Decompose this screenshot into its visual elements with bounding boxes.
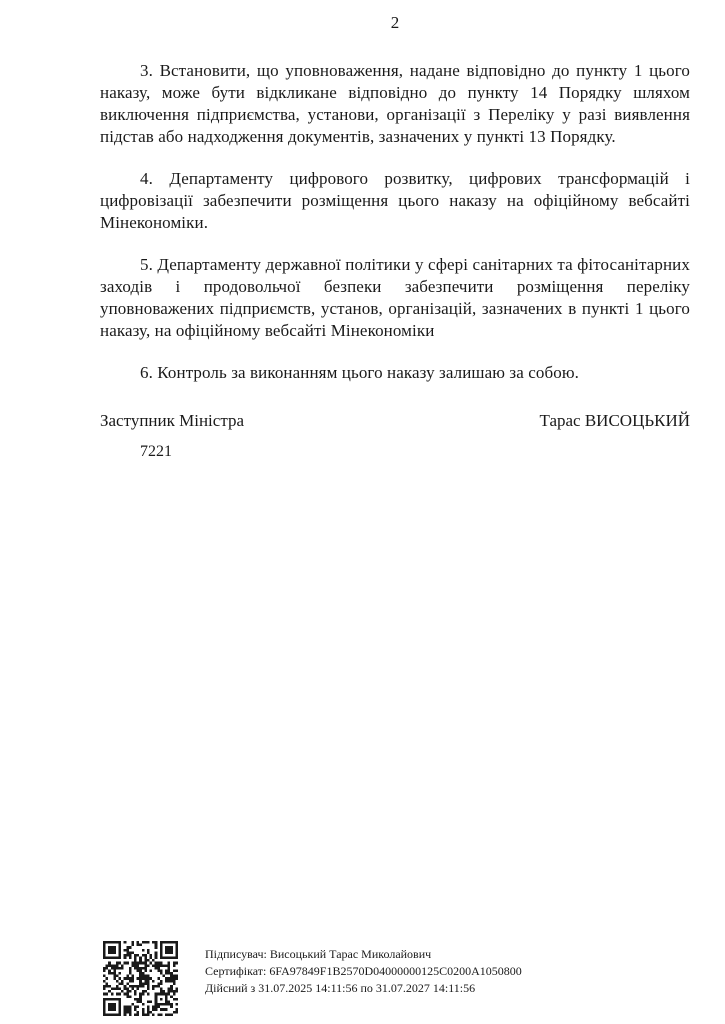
signatory-name: Тарас ВИСОЦЬКИЙ bbox=[539, 410, 690, 432]
paragraph: 6. Контроль за виконанням цього наказу з… bbox=[100, 362, 690, 384]
signatory-title: Заступник Міністра bbox=[100, 410, 244, 432]
signature-row: Заступник Міністра Тарас ВИСОЦЬКИЙ bbox=[100, 410, 690, 432]
document-body: 3. Встановити, що уповноваження, надане … bbox=[100, 60, 690, 462]
esign-details: Підписувач: Висоцький Тарас Миколайович … bbox=[205, 946, 625, 997]
page-number: 2 bbox=[100, 12, 690, 34]
paragraph: 5. Департаменту державної політики у сфе… bbox=[100, 254, 690, 342]
document-page: 2 3. Встановити, що уповноваження, надан… bbox=[0, 0, 725, 1024]
esign-validity-line: Дійсний з 31.07.2025 14:11:56 по 31.07.2… bbox=[205, 980, 625, 997]
paragraph: 4. Департаменту цифрового розвитку, цифр… bbox=[100, 168, 690, 234]
doc-code: 7221 bbox=[140, 442, 690, 462]
paragraph: 3. Встановити, що уповноваження, надане … bbox=[100, 60, 690, 148]
esign-signer-line: Підписувач: Висоцький Тарас Миколайович bbox=[205, 946, 625, 963]
esign-certificate-line: Сертифікат: 6FA97849F1B2570D04000000125C… bbox=[205, 963, 625, 980]
qr-code-icon bbox=[103, 941, 178, 1016]
